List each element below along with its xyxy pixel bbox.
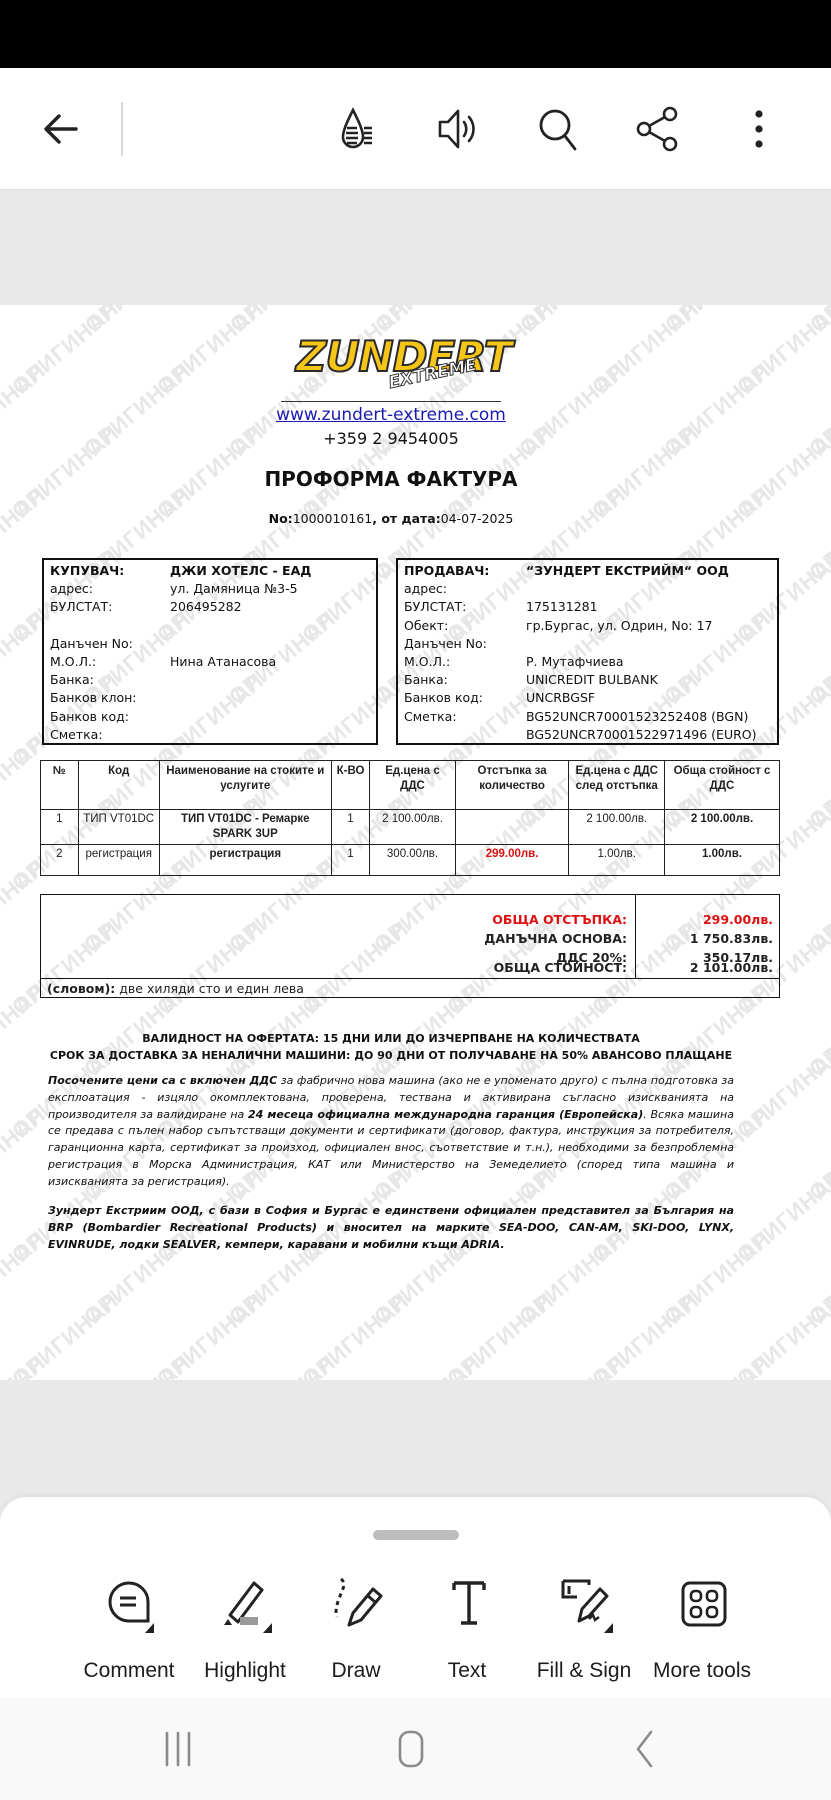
document-title: ПРОФОРМА ФАКТУРА — [0, 467, 782, 491]
party-field-value — [170, 689, 370, 707]
bottom-tools-sheet: Comment Highlight Draw Text Fill & Sign … — [0, 1497, 831, 1697]
table-cell — [455, 810, 569, 845]
seller-box: ПРОДАВАЧ:“ЗУНДЕРТ ЕКСТРИЙМ“ ООДадрес:БУЛ… — [396, 558, 779, 745]
party-field-value: 175131281 — [526, 598, 771, 616]
invoice-document: ZUNDERT EXTREME www.zundert-extreme.com … — [0, 305, 831, 1380]
party-row: Банков код: — [50, 708, 370, 726]
more-vertical-icon — [749, 104, 769, 154]
party-field-label — [404, 726, 526, 744]
party-field-value: ДЖИ ХОТЕЛС - ЕАД — [170, 562, 370, 580]
status-bar — [0, 0, 831, 68]
party-row: Сметка: — [50, 726, 370, 744]
terms-paragraph: Посочените цени са с включен ДДС за фабр… — [48, 1073, 734, 1191]
representative-paragraph: Зундерт Екстриим ООД, с бази в София и Б… — [48, 1203, 734, 1253]
party-row: адрес: — [404, 580, 771, 598]
party-row: Данъчен No: — [404, 635, 771, 653]
party-row: БУЛСТАТ:175131281 — [404, 598, 771, 616]
party-field-value: гр.Бургас, ул. Одрин, No: 17 — [526, 617, 771, 635]
tool-fill-sign[interactable]: Fill & Sign — [525, 1577, 643, 1687]
tax-base-label: ДАНЪЧНА ОСНОВА: — [327, 931, 627, 946]
table-cell: 2 100.00лв. — [665, 810, 780, 845]
total-discount-label: ОБЩА ОТСТЪПКА: — [327, 912, 627, 927]
share-button[interactable] — [634, 104, 684, 154]
column-header: № — [41, 761, 79, 810]
app-bar-divider — [121, 102, 123, 156]
tool-comment[interactable]: Comment — [70, 1577, 188, 1687]
party-field-label: Банков клон: — [50, 689, 170, 707]
tool-highlight[interactable]: Highlight — [186, 1577, 304, 1687]
table-cell: 1 — [331, 845, 370, 876]
party-row: КУПУВАЧ:ДЖИ ХОТЕЛС - ЕАД — [50, 562, 370, 580]
home-icon — [391, 1729, 431, 1769]
party-field-value: UNICREDIT BULBANK — [526, 671, 771, 689]
party-field-value: ул. Дамяница №3-5 — [170, 580, 370, 598]
party-field-value — [170, 671, 370, 689]
table-cell: 1.00лв. — [569, 845, 665, 876]
total-discount-value: 299.00лв. — [643, 912, 773, 927]
party-field-value: “ЗУНДЕРТ ЕКСТРИЙМ“ ООД — [526, 562, 771, 580]
amount-in-words: (словом): две хиляди сто и един лева — [47, 981, 304, 996]
search-button[interactable] — [534, 104, 584, 154]
items-table: №КодНаименование на стоките и услугитеК-… — [40, 760, 780, 876]
column-header: Наименование на стоките и услугите — [159, 761, 331, 810]
party-row: ПРОДАВАЧ:“ЗУНДЕРТ ЕКСТРИЙМ“ ООД — [404, 562, 771, 580]
grand-total-value: 2 101.00лв. — [643, 960, 773, 975]
table-cell: ТИП VT01DC — [78, 810, 159, 845]
party-field-label: ПРОДАВАЧ: — [404, 562, 526, 580]
party-field-value — [170, 708, 370, 726]
party-field-value — [170, 726, 370, 744]
party-field-label: адрес: — [50, 580, 170, 598]
column-header: Код — [78, 761, 159, 810]
party-field-label: Обект: — [404, 617, 526, 635]
totals-divider-horizontal — [41, 978, 779, 979]
phone-number: +359 2 9454005 — [0, 429, 782, 448]
party-row: М.О.Л.:Р. Мутафчиева — [404, 653, 771, 671]
party-field-label: Банков код: — [404, 689, 526, 707]
draw-icon — [331, 1577, 385, 1633]
table-cell: 299.00лв. — [455, 845, 569, 876]
party-field-label: Банка: — [50, 671, 170, 689]
totals-box: ОБЩА ОТСТЪПКА: 299.00лв. ДАНЪЧНА ОСНОВА:… — [40, 894, 780, 998]
speaker-icon — [434, 104, 484, 154]
column-header: Ед.цена с ДДС — [370, 761, 455, 810]
party-field-label: Банков код: — [50, 708, 170, 726]
tool-label: Comment — [70, 1659, 188, 1683]
party-field-value: Р. Мутафчиева — [526, 653, 771, 671]
table-cell: 1.00лв. — [665, 845, 780, 876]
table-cell: 2 — [41, 845, 79, 876]
party-row: Сметка:BG52UNCR70001523252408 (BGN) — [404, 708, 771, 726]
back-nav-button[interactable] — [614, 1725, 674, 1773]
party-field-label: Данъчен No: — [404, 635, 526, 653]
party-field-label: БУЛСТАТ: — [404, 598, 526, 616]
company-logo: ZUNDERT EXTREME — [296, 330, 496, 392]
liquid-mode-icon — [334, 104, 384, 154]
party-row — [50, 617, 370, 635]
validity-line: ВАЛИДНОСТ НА ОФЕРТАТА: 15 ДНИ ИЛИ ДО ИЗЧ… — [0, 1030, 782, 1047]
back-chevron-icon — [624, 1729, 664, 1769]
party-row: адрес:ул. Дамяница №3-5 — [50, 580, 370, 598]
table-cell: 300.00лв. — [370, 845, 455, 876]
pdf-page[interactable]: ОРИГИНАЛОРИГИНАЛОРИГИНАЛОРИГИНАЛОРИГИНАЛ… — [0, 305, 831, 1380]
tool-more-tools[interactable]: More tools — [643, 1577, 761, 1687]
party-field-value: Нина Атанасова — [170, 653, 370, 671]
tool-label: More tools — [643, 1659, 761, 1683]
table-row: 2регистрациярегистрация1300.00лв.299.00л… — [41, 845, 780, 876]
table-cell: регистрация — [78, 845, 159, 876]
party-field-label: М.О.Л.: — [50, 653, 170, 671]
more-options-button[interactable] — [734, 104, 784, 154]
party-field-label: Банка: — [404, 671, 526, 689]
home-button[interactable] — [381, 1725, 441, 1773]
tool-label: Fill & Sign — [525, 1659, 643, 1683]
share-icon — [634, 104, 684, 154]
website-link[interactable]: www.zundert-extreme.com — [0, 405, 782, 425]
party-field-value — [170, 635, 370, 653]
party-field-label — [50, 617, 170, 635]
party-row: Банков код:UNCRBGSF — [404, 689, 771, 707]
party-field-value: UNCRBGSF — [526, 689, 771, 707]
search-icon — [534, 104, 584, 154]
party-row: BG52UNCR70001522971496 (EURO) — [404, 726, 771, 744]
highlight-icon — [220, 1577, 274, 1633]
items-table-header: №КодНаименование на стоките и услугитеК-… — [41, 761, 780, 810]
document-number: No:1000010161, от дата:04-07-2025 — [0, 511, 782, 526]
comment-icon — [104, 1577, 158, 1633]
tool-label: Draw — [297, 1659, 415, 1683]
validity-notice: ВАЛИДНОСТ НА ОФЕРТАТА: 15 ДНИ ИЛИ ДО ИЗЧ… — [0, 1030, 782, 1064]
tool-label: Text — [408, 1659, 526, 1683]
more-tools-icon — [677, 1577, 731, 1633]
logo-divider — [281, 401, 501, 402]
sheet-drag-handle[interactable] — [373, 1530, 459, 1540]
party-row: М.О.Л.:Нина Атанасова — [50, 653, 370, 671]
party-field-label: КУПУВАЧ: — [50, 562, 170, 580]
party-field-label: Данъчен No: — [50, 635, 170, 653]
column-header: К-ВО — [331, 761, 370, 810]
read-aloud-button[interactable] — [434, 104, 484, 154]
table-cell: ТИП VT01DC - Ремарке SPARK 3UP — [159, 810, 331, 845]
app-bar — [0, 68, 831, 190]
column-header: Ед.цена с ДДС след отстъпка — [569, 761, 665, 810]
party-field-value: BG52UNCR70001523252408 (BGN) — [526, 708, 771, 726]
text-icon — [442, 1577, 496, 1633]
party-field-value — [170, 617, 370, 635]
back-button[interactable] — [36, 104, 86, 154]
party-field-label: адрес: — [404, 580, 526, 598]
party-row: Обект:гр.Бургас, ул. Одрин, No: 17 — [404, 617, 771, 635]
recent-apps-button[interactable] — [148, 1725, 208, 1773]
party-field-label: Сметка: — [404, 708, 526, 726]
table-cell: регистрация — [159, 845, 331, 876]
tool-text[interactable]: Text — [408, 1577, 526, 1687]
delivery-line: СРОК ЗА ДОСТАВКА ЗА НЕНАЛИЧНИ МАШИНИ: ДО… — [0, 1047, 782, 1064]
table-cell: 1 — [41, 810, 79, 845]
tool-draw[interactable]: Draw — [297, 1577, 415, 1687]
buyer-box: КУПУВАЧ:ДЖИ ХОТЕЛС - ЕАДадрес:ул. Дамяни… — [42, 558, 378, 745]
grand-total-label: ОБЩА СТОЙНОСТ: — [327, 960, 627, 975]
fill-sign-icon — [559, 1577, 613, 1633]
party-row: Банка:UNICREDIT BULBANK — [404, 671, 771, 689]
party-field-value — [526, 580, 771, 598]
party-row: Данъчен No: — [50, 635, 370, 653]
table-cell: 2 100.00лв. — [370, 810, 455, 845]
tool-label: Highlight — [186, 1659, 304, 1683]
recent-apps-icon — [158, 1729, 198, 1769]
liquid-mode-button[interactable] — [334, 104, 384, 154]
table-row: 1ТИП VT01DCТИП VT01DC - Ремарке SPARK 3U… — [41, 810, 780, 845]
party-field-value: BG52UNCR70001522971496 (EURO) — [526, 726, 771, 744]
column-header: Обща стойност с ДДС — [665, 761, 780, 810]
tax-base-value: 1 750.83лв. — [643, 931, 773, 946]
arrow-left-icon — [40, 108, 82, 150]
system-nav-bar — [0, 1697, 831, 1800]
party-field-value — [526, 635, 771, 653]
party-field-label: БУЛСТАТ: — [50, 598, 170, 616]
totals-divider-vertical — [635, 895, 636, 978]
party-field-label: Сметка: — [50, 726, 170, 744]
party-field-label: М.О.Л.: — [404, 653, 526, 671]
table-cell: 2 100.00лв. — [569, 810, 665, 845]
column-header: Отстъпка за количество — [455, 761, 569, 810]
party-row: Банков клон: — [50, 689, 370, 707]
party-field-value: 206495282 — [170, 598, 370, 616]
table-cell: 1 — [331, 810, 370, 845]
party-row: БУЛСТАТ:206495282 — [50, 598, 370, 616]
party-row: Банка: — [50, 671, 370, 689]
